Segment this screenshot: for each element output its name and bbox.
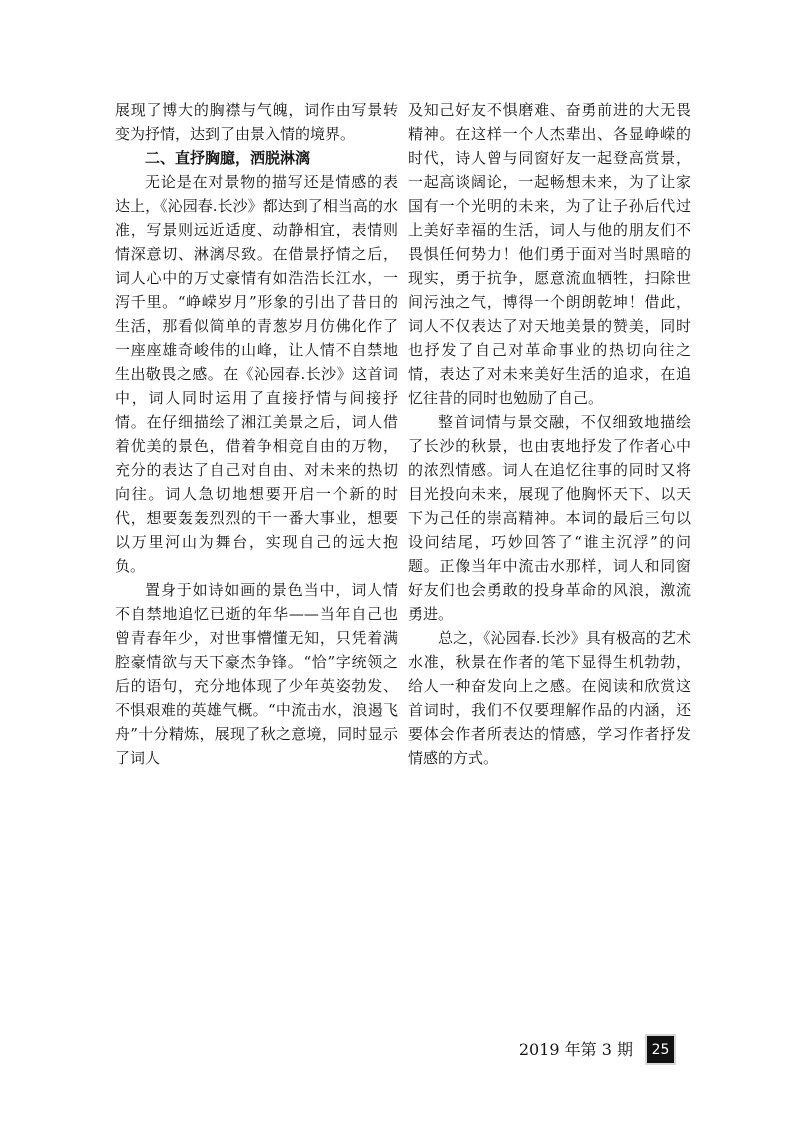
page-number-badge: 25 [645,1034,676,1065]
issue-label: 2019 年第 3 期 [519,1034,633,1065]
journal-page: 展现了博大的胸襟与气魄，词作由写景转变为抒情，达到了由景入情的境界。 二、直抒胸… [0,0,793,1122]
body-paragraph-2-continuation: 及知己好友不惧磨难、奋勇前进的大无畏精神。在这样一个人杰辈出、各显峥嵘的时代，诗… [408,98,691,410]
right-column: 及知己好友不惧磨难、奋勇前进的大无畏精神。在这样一个人杰辈出、各显峥嵘的时代，诗… [408,98,691,770]
body-paragraph-3: 整首词情与景交融，不仅细致地描绘了长沙的秋景，也由衷地抒发了作者心中的浓烈情感。… [408,410,691,626]
body-paragraph-4: 总之，《沁园春.长沙》具有极高的艺术水准，秋景在作者的笔下显得生机勃勃，给人一种… [408,626,691,770]
body-paragraph-1: 无论是在对景物的描写还是情感的表达上，《沁园春.长沙》都达到了相当高的水准，写景… [115,170,398,578]
page-footer: 2019 年第 3 期 25 [0,1034,676,1065]
intro-continuation-paragraph: 展现了博大的胸襟与气魄，词作由写景转变为抒情，达到了由景入情的境界。 [115,98,398,146]
section-heading: 二、直抒胸臆，洒脱淋漓 [115,146,398,170]
left-column: 展现了博大的胸襟与气魄，词作由写景转变为抒情，达到了由景入情的境界。 二、直抒胸… [115,98,398,770]
body-paragraph-2: 置身于如诗如画的景色当中，词人情不自禁地追忆已逝的年华——当年自己也曾青春年少，… [115,578,398,770]
